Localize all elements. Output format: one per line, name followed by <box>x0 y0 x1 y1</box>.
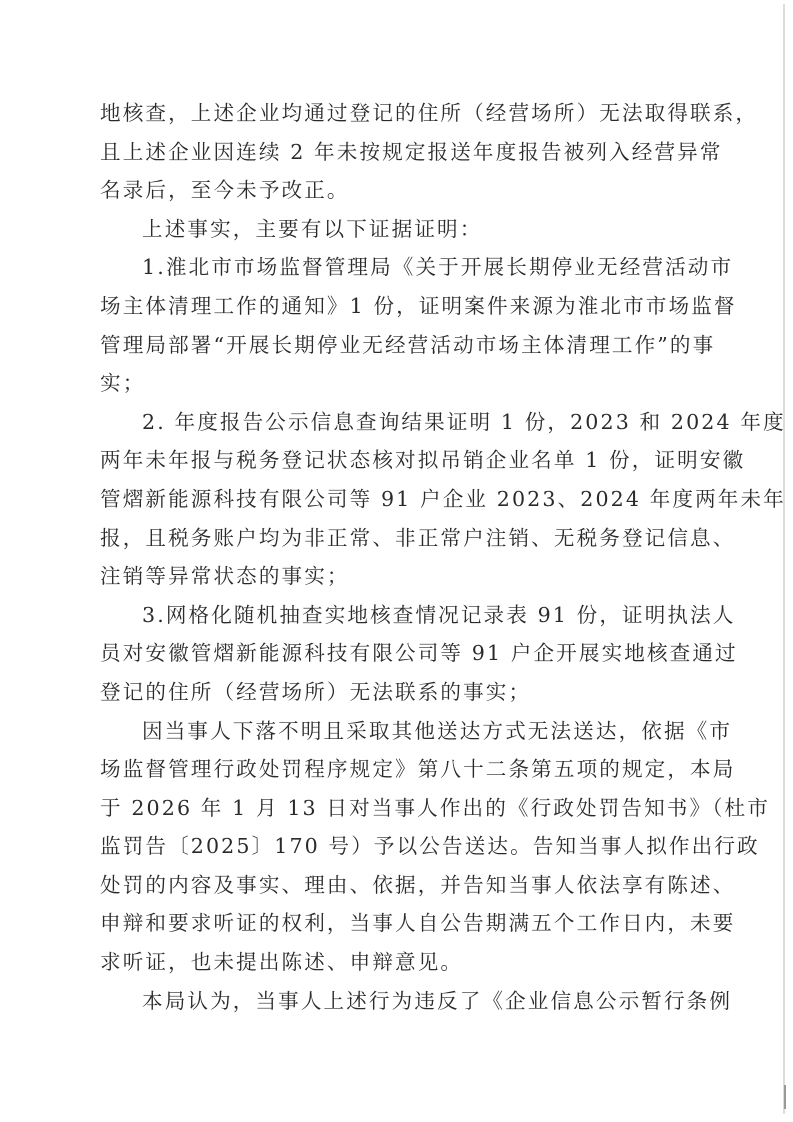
text-line: 实； <box>100 364 700 403</box>
evidence-item-2: 2. 年度报告公示信息查询结果证明 1 份，2023 和 2024 年度 <box>100 403 700 442</box>
text-line: 场主体清理工作的通知》1 份，证明案件来源为淮北市市场监督 <box>100 287 700 326</box>
text-line: 两年未年报与税务登记状态核对拟吊销企业名单 1 份，证明安徽 <box>100 441 700 480</box>
text-line: 管理局部署“开展长期停业无经营活动市场主体清理工作”的事 <box>100 326 700 365</box>
text-line: 于 2026 年 1 月 13 日对当事人作出的《行政处罚告知书》（杜市 <box>100 789 700 828</box>
evidence-intro: 上述事实，主要有以下证据证明： <box>100 210 700 249</box>
text-line: 地核查，上述企业均通过登记的住所（经营场所）无法取得联系， <box>100 94 700 133</box>
evidence-item-3: 3.网格化随机抽查实地核查情况记录表 91 份，证明执法人 <box>100 596 700 635</box>
scan-edge-mark <box>784 1085 786 1109</box>
text-line: 监罚告〔2025〕170 号）予以公告送达。告知当事人拟作出行政 <box>100 827 700 866</box>
text-line: 场监督管理行政处罚程序规定》第八十二条第五项的规定，本局 <box>100 750 700 789</box>
text-line: 名录后，至今未予改正。 <box>100 171 700 210</box>
text-line: 管熠新能源科技有限公司等 91 户企业 2023、2024 年度两年未年 <box>100 480 700 519</box>
text-line: 员对安徽管熠新能源科技有限公司等 91 户企开展实地核查通过 <box>100 634 700 673</box>
text-line: 处罚的内容及事实、理由、依据，并告知当事人依法享有陈述、 <box>100 866 700 905</box>
evidence-item-1: 1.淮北市市场监督管理局《关于开展长期停业无经营活动市 <box>100 248 700 287</box>
text-line: 申辩和要求听证的权利，当事人自公告期满五个工作日内，未要 <box>100 904 700 943</box>
text-line: 求听证，也未提出陈述、申辩意见。 <box>100 943 700 982</box>
scan-edge-line <box>783 4 785 1114</box>
text-line: 报，且税务账户均为非正常、非正常户注销、无税务登记信息、 <box>100 519 700 558</box>
conclusion-paragraph: 本局认为，当事人上述行为违反了《企业信息公示暂行条例 <box>100 982 700 1021</box>
service-paragraph: 因当事人下落不明且采取其他送达方式无法送达，依据《市 <box>100 712 700 751</box>
document-page: 地核查，上述企业均通过登记的住所（经营场所）无法取得联系， 且上述企业因连续 2… <box>0 0 793 1122</box>
document-body: 地核查，上述企业均通过登记的住所（经营场所）无法取得联系， 且上述企业因连续 2… <box>100 94 700 1020</box>
text-line: 登记的住所（经营场所）无法联系的事实； <box>100 673 700 712</box>
text-line: 注销等异常状态的事实； <box>100 557 700 596</box>
text-line: 且上述企业因连续 2 年未按规定报送年度报告被列入经营异常 <box>100 133 700 172</box>
